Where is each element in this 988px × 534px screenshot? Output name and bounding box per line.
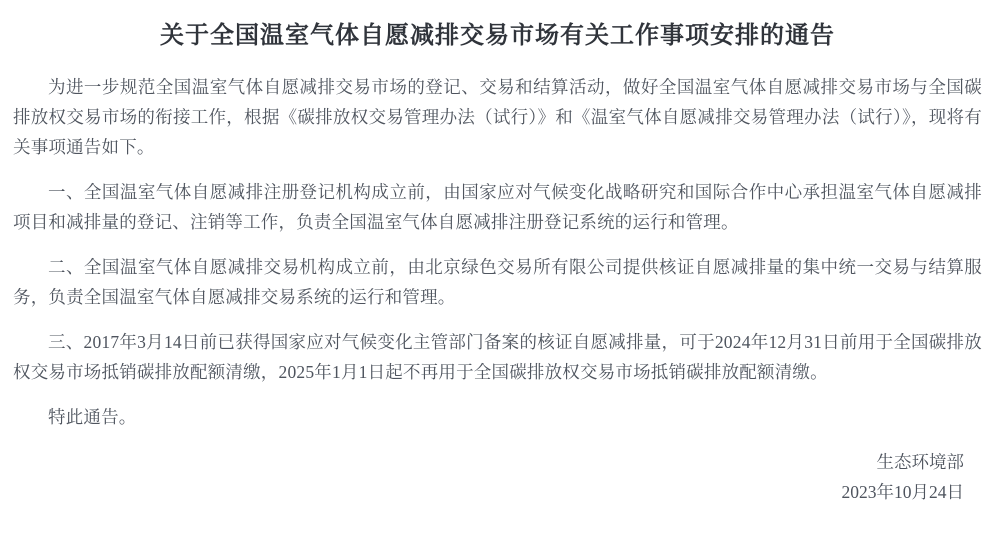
notice-body: 为进一步规范全国温室气体自愿减排交易市场的登记、交易和结算活动，做好全国温室气体… xyxy=(13,72,982,432)
notice-document: 关于全国温室气体自愿减排交易市场有关工作事项安排的通告 为进一步规范全国温室气体… xyxy=(0,0,988,534)
signature-date: 2023年10月24日 xyxy=(13,477,964,507)
notice-title: 关于全国温室气体自愿减排交易市场有关工作事项安排的通告 xyxy=(13,18,982,54)
signature-agency: 生态环境部 xyxy=(13,447,964,477)
notice-paragraph-intro: 为进一步规范全国温室气体自愿减排交易市场的登记、交易和结算活动，做好全国温室气体… xyxy=(13,72,982,162)
notice-paragraph-item-3: 三、2017年3月14日前已获得国家应对气候变化主管部门备案的核证自愿减排量，可… xyxy=(13,327,982,387)
signature-block: 生态环境部 2023年10月24日 xyxy=(13,447,982,507)
notice-paragraph-closing: 特此通告。 xyxy=(13,402,982,432)
notice-paragraph-item-1: 一、全国温室气体自愿减排注册登记机构成立前，由国家应对气候变化战略研究和国际合作… xyxy=(13,177,982,237)
notice-paragraph-item-2: 二、全国温室气体自愿减排交易机构成立前，由北京绿色交易所有限公司提供核证自愿减排… xyxy=(13,252,982,312)
